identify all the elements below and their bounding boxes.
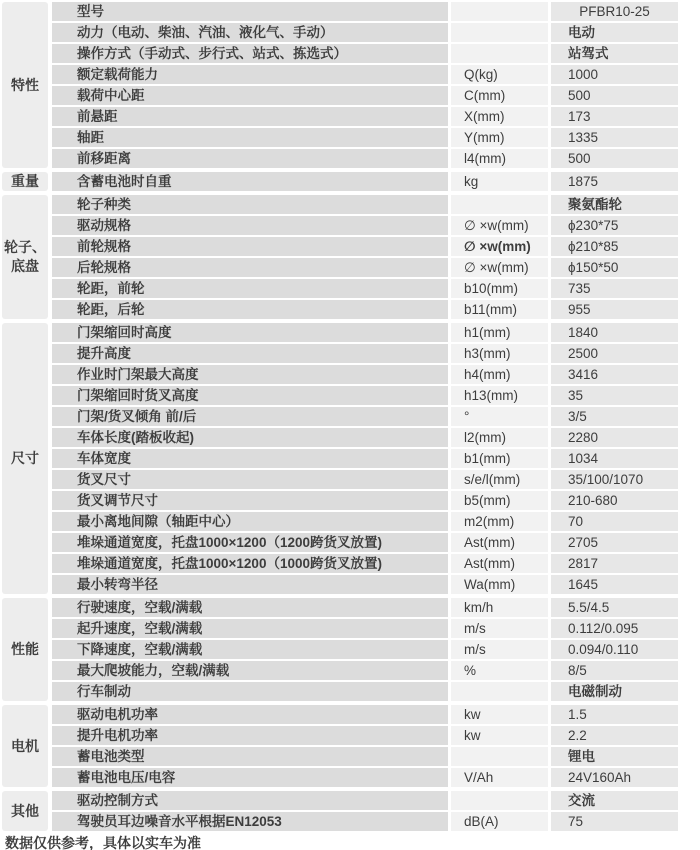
value-cell: 2500 (551, 344, 678, 363)
value-cell: 1840 (551, 323, 678, 342)
unit-cell: kw (451, 705, 548, 724)
value-cell: 75 (551, 812, 678, 831)
param-cell: 提升高度 (52, 344, 448, 363)
param-cell: 货叉调节尺寸 (52, 491, 448, 510)
unit-cell: kg (451, 172, 548, 191)
value-cell: 1875 (551, 172, 678, 191)
spec-row: 驱动规格∅ ×w(mm)ϕ230*75 (52, 216, 678, 235)
value-cell: 2817 (551, 554, 678, 573)
group-rows: 驱动控制方式交流驾驶员耳边噪音水平根据EN12053dB(A)75 (52, 791, 678, 831)
param-cell: 下降速度，空载/满载 (52, 640, 448, 659)
unit-cell: b11(mm) (451, 300, 548, 319)
group-rows: 门架缩回时高度h1(mm)1840提升高度h3(mm)2500作业时门架最大高度… (52, 323, 678, 594)
spec-row: 后轮规格∅ ×w(mm)ϕ150*50 (52, 258, 678, 277)
category-cell: 轮子、底盘 (2, 195, 48, 319)
spec-row: 最小离地间隙（轴距中心）m2(mm)70 (52, 512, 678, 531)
unit-cell: ∅ ×w(mm) (451, 258, 548, 277)
value-cell: 173 (551, 107, 678, 126)
value-cell: 2.2 (551, 726, 678, 745)
unit-cell (451, 682, 548, 701)
spec-group: 其他驱动控制方式交流驾驶员耳边噪音水平根据EN12053dB(A)75 (2, 791, 678, 831)
spec-row: 提升电机功率kw2.2 (52, 726, 678, 745)
group-rows: 轮子种类聚氨酯轮驱动规格∅ ×w(mm)ϕ230*75前轮规格∅ ×w(mm)ϕ… (52, 195, 678, 319)
param-cell: 前悬距 (52, 107, 448, 126)
unit-cell: b10(mm) (451, 279, 548, 298)
unit-cell: % (451, 661, 548, 680)
group-rows: 型号PFBR10-25动力（电动、柴油、汽油、液化气、手动）电动操作方式（手动式… (52, 2, 678, 168)
value-cell: 500 (551, 149, 678, 168)
spec-row: 驾驶员耳边噪音水平根据EN12053dB(A)75 (52, 812, 678, 831)
unit-cell (451, 747, 548, 766)
spec-row: 蓄电池类型锂电 (52, 747, 678, 766)
value-cell: 5.5/4.5 (551, 598, 678, 617)
spec-row: 门架缩回时货叉高度h13(mm)35 (52, 386, 678, 405)
unit-cell: kw (451, 726, 548, 745)
category-cell: 重量 (2, 172, 48, 191)
param-cell: 额定载荷能力 (52, 65, 448, 84)
spec-row: 载荷中心距C(mm)500 (52, 86, 678, 105)
spec-row: 下降速度，空载/满载m/s0.094/0.110 (52, 640, 678, 659)
value-cell: 1000 (551, 65, 678, 84)
param-cell: 车体长度(踏板收起) (52, 428, 448, 447)
spec-row: 提升高度h3(mm)2500 (52, 344, 678, 363)
param-cell: 最小转弯半径 (52, 575, 448, 594)
param-cell: 门架缩回时货叉高度 (52, 386, 448, 405)
param-cell: 型号 (52, 2, 448, 21)
param-cell: 门架缩回时高度 (52, 323, 448, 342)
param-cell: 驱动电机功率 (52, 705, 448, 724)
spec-group: 电机驱动电机功率kw1.5提升电机功率kw2.2蓄电池类型锂电蓄电池电压/电容V… (2, 705, 678, 787)
value-cell: PFBR10-25 (551, 2, 678, 21)
param-cell: 车体宽度 (52, 449, 448, 468)
param-cell: 提升电机功率 (52, 726, 448, 745)
category-cell: 尺寸 (2, 323, 48, 594)
value-cell: 35/100/1070 (551, 470, 678, 489)
unit-cell (451, 23, 548, 42)
spec-group: 重量含蓄电池时自重kg1875 (2, 172, 678, 191)
unit-cell: ∅ ×w(mm) (451, 237, 548, 256)
unit-cell: h3(mm) (451, 344, 548, 363)
spec-row: 货叉尺寸s/e/l(mm)35/100/1070 (52, 470, 678, 489)
param-cell: 货叉尺寸 (52, 470, 448, 489)
spec-row: 堆垛通道宽度，托盘1000×1200（1200跨货叉放置)Ast(mm)2705 (52, 533, 678, 552)
param-cell: 门架/货叉倾角 前/后 (52, 407, 448, 426)
value-cell: 8/5 (551, 661, 678, 680)
spec-row: 堆垛通道宽度，托盘1000×1200（1000跨货叉放置)Ast(mm)2817 (52, 554, 678, 573)
unit-cell: b1(mm) (451, 449, 548, 468)
value-cell: 500 (551, 86, 678, 105)
param-cell: 后轮规格 (52, 258, 448, 277)
value-cell: 70 (551, 512, 678, 531)
unit-cell (451, 2, 548, 21)
unit-cell: ° (451, 407, 548, 426)
group-rows: 含蓄电池时自重kg1875 (52, 172, 678, 191)
value-cell: 210-680 (551, 491, 678, 510)
unit-cell (451, 44, 548, 63)
unit-cell: Ast(mm) (451, 554, 548, 573)
param-cell: 载荷中心距 (52, 86, 448, 105)
value-cell: ϕ150*50 (551, 258, 678, 277)
group-rows: 驱动电机功率kw1.5提升电机功率kw2.2蓄电池类型锂电蓄电池电压/电容V/A… (52, 705, 678, 787)
unit-cell: m2(mm) (451, 512, 548, 531)
value-cell: 聚氨酯轮 (551, 195, 678, 214)
value-cell: 955 (551, 300, 678, 319)
spec-row: 驱动控制方式交流 (52, 791, 678, 810)
param-cell: 操作方式（手动式、步行式、站式、拣选式） (52, 44, 448, 63)
category-cell: 性能 (2, 598, 48, 701)
param-cell: 最小离地间隙（轴距中心） (52, 512, 448, 531)
spec-row: 前移距离l4(mm)500 (52, 149, 678, 168)
value-cell: 2280 (551, 428, 678, 447)
spec-row: 货叉调节尺寸b5(mm)210-680 (52, 491, 678, 510)
unit-cell: Wa(mm) (451, 575, 548, 594)
value-cell: 站驾式 (551, 44, 678, 63)
unit-cell: m/s (451, 619, 548, 638)
category-cell: 其他 (2, 791, 48, 831)
param-cell: 前移距离 (52, 149, 448, 168)
param-cell: 轮子种类 (52, 195, 448, 214)
unit-cell: C(mm) (451, 86, 548, 105)
unit-cell (451, 195, 548, 214)
spec-group: 尺寸门架缩回时高度h1(mm)1840提升高度h3(mm)2500作业时门架最大… (2, 323, 678, 594)
param-cell: 作业时门架最大高度 (52, 365, 448, 384)
value-cell: 3/5 (551, 407, 678, 426)
spec-row: 操作方式（手动式、步行式、站式、拣选式）站驾式 (52, 44, 678, 63)
spec-table: 特性型号PFBR10-25动力（电动、柴油、汽油、液化气、手动）电动操作方式（手… (2, 2, 678, 831)
param-cell: 行驶速度，空载/满载 (52, 598, 448, 617)
value-cell: 电磁制动 (551, 682, 678, 701)
param-cell: 堆垛通道宽度，托盘1000×1200（1200跨货叉放置) (52, 533, 448, 552)
unit-cell: Y(mm) (451, 128, 548, 147)
spec-row: 轴距Y(mm)1335 (52, 128, 678, 147)
value-cell: 交流 (551, 791, 678, 810)
param-cell: 轮距，后轮 (52, 300, 448, 319)
spec-row: 作业时门架最大高度h4(mm)3416 (52, 365, 678, 384)
unit-cell: h4(mm) (451, 365, 548, 384)
value-cell: 735 (551, 279, 678, 298)
spec-row: 门架/货叉倾角 前/后°3/5 (52, 407, 678, 426)
spec-row: 最小转弯半径Wa(mm)1645 (52, 575, 678, 594)
spec-group: 性能行驶速度，空载/满载km/h5.5/4.5起升速度，空载/满载m/s0.11… (2, 598, 678, 701)
param-cell: 含蓄电池时自重 (52, 172, 448, 191)
value-cell: 1.5 (551, 705, 678, 724)
spec-row: 前轮规格∅ ×w(mm)ϕ210*85 (52, 237, 678, 256)
footnote: 数据仅供参考，具体以实车为准 (5, 833, 201, 850)
unit-cell: Ast(mm) (451, 533, 548, 552)
spec-group: 特性型号PFBR10-25动力（电动、柴油、汽油、液化气、手动）电动操作方式（手… (2, 2, 678, 168)
value-cell: 电动 (551, 23, 678, 42)
unit-cell: m/s (451, 640, 548, 659)
param-cell: 驱动规格 (52, 216, 448, 235)
unit-cell: X(mm) (451, 107, 548, 126)
spec-row: 行车制动电磁制动 (52, 682, 678, 701)
param-cell: 蓄电池电压/电容 (52, 768, 448, 787)
param-cell: 行车制动 (52, 682, 448, 701)
spec-row: 车体宽度b1(mm)1034 (52, 449, 678, 468)
unit-cell: km/h (451, 598, 548, 617)
value-cell: 2705 (551, 533, 678, 552)
param-cell: 轴距 (52, 128, 448, 147)
spec-group: 轮子、底盘轮子种类聚氨酯轮驱动规格∅ ×w(mm)ϕ230*75前轮规格∅ ×w… (2, 195, 678, 319)
value-cell: 35 (551, 386, 678, 405)
param-cell: 驱动控制方式 (52, 791, 448, 810)
value-cell: ϕ230*75 (551, 216, 678, 235)
unit-cell (451, 791, 548, 810)
param-cell: 驾驶员耳边噪音水平根据EN12053 (52, 812, 448, 831)
value-cell: 1335 (551, 128, 678, 147)
unit-cell: dB(A) (451, 812, 548, 831)
value-cell: 24V160Ah (551, 768, 678, 787)
spec-row: 最大爬坡能力，空载/满载%8/5 (52, 661, 678, 680)
unit-cell: ∅ ×w(mm) (451, 216, 548, 235)
value-cell: ϕ210*85 (551, 237, 678, 256)
spec-row: 驱动电机功率kw1.5 (52, 705, 678, 724)
unit-cell: V/Ah (451, 768, 548, 787)
group-rows: 行驶速度，空载/满载km/h5.5/4.5起升速度，空载/满载m/s0.112/… (52, 598, 678, 701)
spec-row: 起升速度，空载/满载m/s0.112/0.095 (52, 619, 678, 638)
spec-row: 轮子种类聚氨酯轮 (52, 195, 678, 214)
spec-row: 行驶速度，空载/满载km/h5.5/4.5 (52, 598, 678, 617)
value-cell: 锂电 (551, 747, 678, 766)
unit-cell: h1(mm) (451, 323, 548, 342)
spec-row: 车体长度(踏板收起)l2(mm)2280 (52, 428, 678, 447)
value-cell: 3416 (551, 365, 678, 384)
spec-sheet-page: 特性型号PFBR10-25动力（电动、柴油、汽油、液化气、手动）电动操作方式（手… (0, 0, 700, 850)
param-cell: 动力（电动、柴油、汽油、液化气、手动） (52, 23, 448, 42)
spec-row: 蓄电池电压/电容V/Ah24V160Ah (52, 768, 678, 787)
param-cell: 蓄电池类型 (52, 747, 448, 766)
param-cell: 最大爬坡能力，空载/满载 (52, 661, 448, 680)
spec-row: 轮距，前轮b10(mm)735 (52, 279, 678, 298)
param-cell: 堆垛通道宽度，托盘1000×1200（1000跨货叉放置) (52, 554, 448, 573)
unit-cell: l2(mm) (451, 428, 548, 447)
unit-cell: Q(kg) (451, 65, 548, 84)
spec-row: 轮距，后轮b11(mm)955 (52, 300, 678, 319)
unit-cell: l4(mm) (451, 149, 548, 168)
spec-row: 型号PFBR10-25 (52, 2, 678, 21)
unit-cell: h13(mm) (451, 386, 548, 405)
value-cell: 1645 (551, 575, 678, 594)
value-cell: 0.094/0.110 (551, 640, 678, 659)
value-cell: 1034 (551, 449, 678, 468)
param-cell: 轮距，前轮 (52, 279, 448, 298)
unit-cell: s/e/l(mm) (451, 470, 548, 489)
category-cell: 电机 (2, 705, 48, 787)
spec-row: 额定载荷能力Q(kg)1000 (52, 65, 678, 84)
unit-cell: b5(mm) (451, 491, 548, 510)
spec-row: 动力（电动、柴油、汽油、液化气、手动）电动 (52, 23, 678, 42)
spec-row: 含蓄电池时自重kg1875 (52, 172, 678, 191)
spec-row: 门架缩回时高度h1(mm)1840 (52, 323, 678, 342)
value-cell: 0.112/0.095 (551, 619, 678, 638)
param-cell: 起升速度，空载/满载 (52, 619, 448, 638)
category-cell: 特性 (2, 2, 48, 168)
param-cell: 前轮规格 (52, 237, 448, 256)
spec-row: 前悬距X(mm)173 (52, 107, 678, 126)
